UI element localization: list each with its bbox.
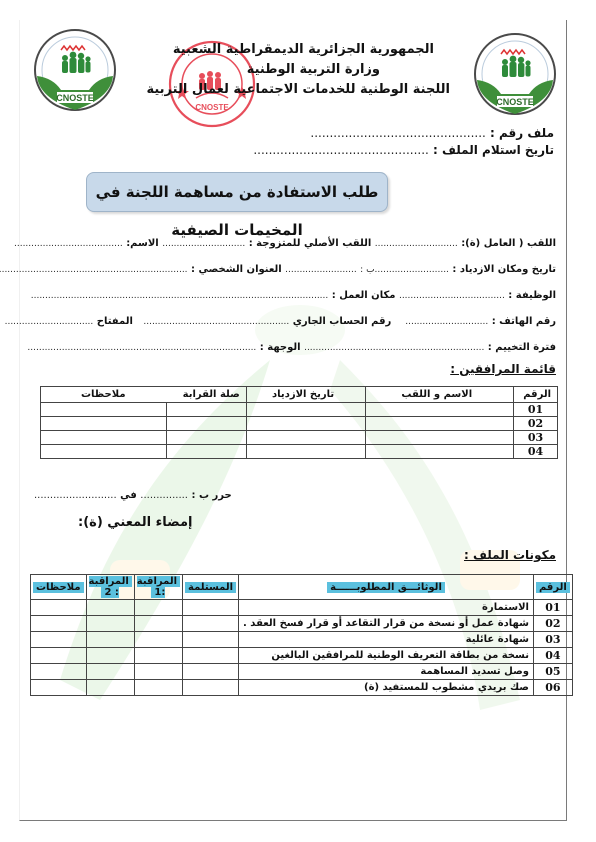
received-cell[interactable] (183, 648, 239, 664)
received-cell[interactable] (183, 600, 239, 616)
companion-birth-cell[interactable] (246, 445, 366, 459)
col-notes: ملاحظات (41, 387, 167, 403)
notes-cell[interactable] (31, 600, 87, 616)
written-at-field[interactable]: ............... (140, 490, 188, 501)
check1-cell[interactable] (134, 648, 182, 664)
companion-birth-cell[interactable] (246, 431, 366, 445)
on-date-field[interactable]: .......................... (34, 490, 117, 501)
documents-header-row: الرقم الوثائـــق المطلوبــــــة المستلمة… (31, 575, 573, 600)
check2-cell[interactable] (86, 664, 134, 680)
first-name-field[interactable]: ...................................... (14, 239, 123, 249)
birth-label: تاريخ ومكان الازدياد : (452, 264, 556, 275)
job-field[interactable]: ..................................... (399, 291, 505, 301)
col-relation: صلة القرابة (166, 387, 246, 403)
birth-place-field[interactable]: ......................... (285, 265, 357, 275)
cnoste-logo-left: CNOSTE (33, 28, 117, 112)
notes-cell[interactable] (31, 632, 87, 648)
document-row: 05 وصل تسديد المساهمة (31, 664, 573, 680)
document-name: الاستمارة (239, 600, 534, 616)
check1-cell[interactable] (134, 600, 182, 616)
receipt-date-field[interactable]: ........................................… (253, 143, 428, 157)
companions-section-title: قائمة المرافقين : (450, 362, 556, 376)
maiden-name-field[interactable]: ............................. (162, 239, 245, 249)
receipt-date-row: تاريخ استلام الملف : ...................… (253, 142, 554, 159)
companion-relation-cell[interactable] (166, 403, 246, 417)
address-field[interactable]: ........................................… (0, 265, 188, 275)
companion-row: 01 (41, 403, 558, 417)
camp-period-field[interactable]: ........................................… (304, 343, 484, 353)
companion-relation-cell[interactable] (166, 417, 246, 431)
document-row: 01 الاستمارة (31, 600, 573, 616)
companion-notes-cell[interactable] (41, 417, 167, 431)
check2-cell[interactable] (86, 648, 134, 664)
col-fullname: الاسم و اللقب (366, 387, 514, 403)
notes-cell[interactable] (31, 680, 87, 696)
companion-relation-cell[interactable] (166, 445, 246, 459)
birth-date-field[interactable]: ..........................ب : (360, 265, 449, 275)
notes-cell[interactable] (31, 616, 87, 632)
document-row: 02 شهادة عمل أو نسخة من قرار التقاعد أو … (31, 616, 573, 632)
received-cell[interactable] (183, 680, 239, 696)
first-name-label: الاسم: (126, 238, 159, 249)
document-number: 06 (533, 680, 572, 696)
workplace-label: مكان العمل : (332, 290, 396, 301)
document-row: 06 صك بريدي مشطوب للمستفيد (ة) (31, 680, 573, 696)
phone-field[interactable]: ............................. (405, 317, 488, 327)
document-number: 01 (533, 600, 572, 616)
job-label: الوظيفة : (508, 290, 556, 301)
companion-relation-cell[interactable] (166, 431, 246, 445)
signature-label: إمضاء المعني (ة): (78, 515, 193, 530)
surname-field[interactable]: ............................. (375, 239, 458, 249)
companion-number: 04 (514, 445, 558, 459)
cnoste-logo-right: CNOSTE (473, 32, 557, 116)
companion-notes-cell[interactable] (41, 431, 167, 445)
companion-name-cell[interactable] (366, 417, 514, 431)
address-label: العنوان الشخصي : (191, 264, 282, 275)
written-at-line: حرر ب : ............... في .............… (34, 490, 232, 501)
document-name: وصل تسديد المساهمة (239, 664, 534, 680)
on-date-label: في (120, 490, 137, 501)
doc-col-number: الرقم (533, 575, 572, 600)
republic-name: الجمهورية الجزائرية الديمقراطية الشعبية (150, 40, 450, 60)
col-number: الرقم (514, 387, 558, 403)
document-name: صك بريدي مشطوب للمستفيد (ة) (239, 680, 534, 696)
doc-col-notes: ملاحظات (31, 575, 87, 600)
companion-name-cell[interactable] (366, 403, 514, 417)
documents-section-title: مكونات الملف : (464, 548, 556, 562)
camp-period-label: فترة التخييم : (488, 342, 556, 353)
companion-row: 02 (41, 417, 558, 431)
document-name: شهادة عائلية (239, 632, 534, 648)
companion-notes-cell[interactable] (41, 445, 167, 459)
svg-text:CNOSTE: CNOSTE (195, 103, 229, 112)
check2-cell[interactable] (86, 600, 134, 616)
surname-label: اللقب ( العامل (ة): (461, 238, 556, 249)
document-row: 04 نسخة من بطاقة التعريف الوطنية للمرافق… (31, 648, 573, 664)
received-cell[interactable] (183, 616, 239, 632)
companion-row: 04 (41, 445, 558, 459)
companion-number: 01 (514, 403, 558, 417)
doc-col-received: المستلمة (183, 575, 239, 600)
check1-cell[interactable] (134, 632, 182, 648)
document-number: 05 (533, 664, 572, 680)
destination-label: الوجهة : (260, 342, 301, 353)
doc-col-check1: المراقبة :1 (134, 575, 182, 600)
institution-header: الجمهورية الجزائرية الديمقراطية الشعبية … (150, 40, 450, 100)
phone-label: رقم الهاتف : (492, 316, 556, 327)
committee-name: اللجنة الوطنية للخدمات الاجتماعية لعمال … (150, 80, 450, 100)
account-label: رقم الحساب الجاري (293, 316, 392, 327)
check2-cell[interactable] (86, 616, 134, 632)
document-name: نسخة من بطاقة التعريف الوطنية للمرافقين … (239, 648, 534, 664)
document-number: 04 (533, 648, 572, 664)
check1-cell[interactable] (134, 680, 182, 696)
file-number-row: ملف رقم : ..............................… (253, 125, 554, 142)
workplace-field[interactable]: ........................................… (31, 291, 329, 301)
companion-name-cell[interactable] (366, 431, 514, 445)
check1-cell[interactable] (134, 616, 182, 632)
companions-table: الرقم الاسم و اللقب تاريخ الازدياد صلة ا… (40, 386, 558, 459)
companion-name-cell[interactable] (366, 445, 514, 459)
companions-header-row: الرقم الاسم و اللقب تاريخ الازدياد صلة ا… (41, 387, 558, 403)
ministry-name: وزارة التربية الوطنية (150, 60, 450, 80)
destination-field[interactable]: ........................................… (27, 343, 256, 353)
companion-number: 02 (514, 417, 558, 431)
doc-col-required: الوثائـــق المطلوبــــــة (239, 575, 534, 600)
file-number-field[interactable]: ........................................… (310, 126, 485, 140)
file-info: ملف رقم : ..............................… (253, 125, 554, 159)
check2-cell[interactable] (86, 680, 134, 696)
maiden-name-label: اللقب الأصلي للمتزوجة : (249, 238, 372, 249)
document-number: 02 (533, 616, 572, 632)
svg-text:CNOSTE: CNOSTE (56, 93, 94, 103)
document-number: 03 (533, 632, 572, 648)
received-cell[interactable] (183, 632, 239, 648)
svg-text:CNOSTE: CNOSTE (496, 97, 534, 107)
companion-birth-cell[interactable] (246, 403, 366, 417)
document-row: 03 شهادة عائلية (31, 632, 573, 648)
form-title: طلب الاستفادة من مساهمة اللجنة في المخيم… (86, 172, 388, 212)
documents-table: الرقم الوثائـــق المطلوبــــــة المستلمة… (30, 574, 573, 696)
written-at-label: حرر ب : (191, 490, 231, 501)
companion-row: 03 (41, 431, 558, 445)
doc-col-check2: المراقبة : 2 (86, 575, 134, 600)
document-name: شهادة عمل أو نسخة من قرار التقاعد أو قرا… (239, 616, 534, 632)
received-cell[interactable] (183, 664, 239, 680)
account-field[interactable]: ........................................… (143, 317, 289, 327)
form-line-birth: تاريخ ومكان الازدياد : .................… (46, 262, 556, 288)
companion-number: 03 (514, 431, 558, 445)
form-line-names: اللقب ( العامل (ة): ....................… (46, 236, 556, 262)
receipt-date-label: تاريخ استلام الملف : (433, 143, 554, 157)
notes-cell[interactable] (31, 648, 87, 664)
applicant-form: اللقب ( العامل (ة): ....................… (46, 236, 556, 366)
key-label: المفتاح (97, 316, 133, 327)
key-field[interactable]: ............................... (5, 317, 94, 327)
col-birthdate: تاريخ الازدياد (246, 387, 366, 403)
notes-cell[interactable] (31, 664, 87, 680)
check2-cell[interactable] (86, 632, 134, 648)
companion-birth-cell[interactable] (246, 417, 366, 431)
form-line-phone: رقم الهاتف : ...........................… (46, 314, 556, 340)
check1-cell[interactable] (134, 664, 182, 680)
companion-notes-cell[interactable] (41, 403, 167, 417)
file-number-label: ملف رقم : (490, 126, 554, 140)
form-line-job: الوظيفة : ..............................… (46, 288, 556, 314)
